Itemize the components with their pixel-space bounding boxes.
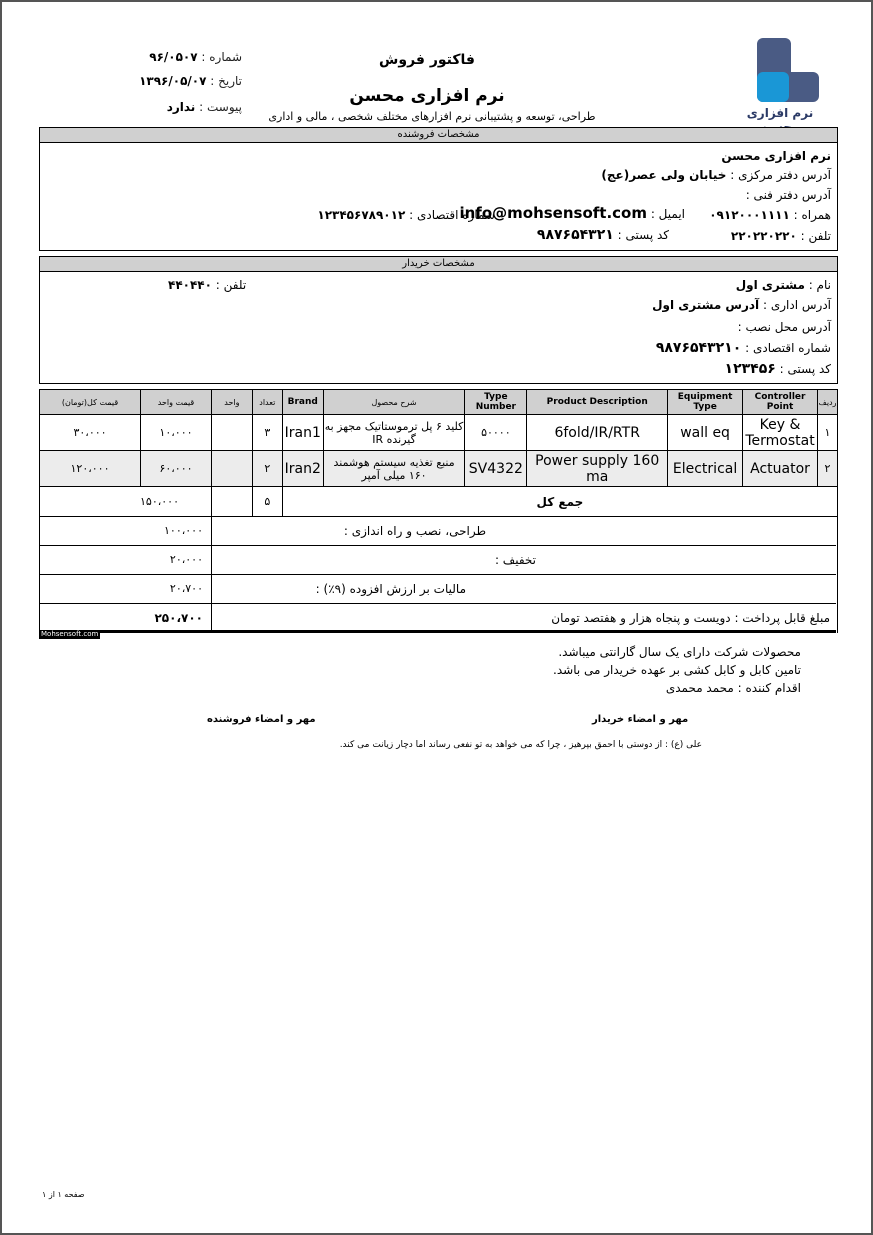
buyer-econ-label: شماره اقتصادی : <box>745 341 831 355</box>
table-row: ۱ Key & Termostat wall eq 6fold/IR/RTR ۵… <box>40 415 838 451</box>
buyer-install-address-label: آدرس محل نصب : <box>738 320 831 334</box>
grand-total-label: جمع کل <box>282 487 837 517</box>
cell-unit-price: ۱۰،۰۰۰ <box>141 415 212 451</box>
buyer-econ-number: شماره اقتصادی : ۹۸۷۶۵۴۳۲۱۰ <box>656 340 831 356</box>
seller-email-label: ایمیل : <box>651 207 685 221</box>
summary-amount: ۲۰،۰۰۰ <box>40 546 212 574</box>
company-tagline: طراحی، توسعه و پشتیبانی نرم افزارهای مخت… <box>232 110 632 123</box>
cell-brand: Iran2 <box>282 451 323 487</box>
cell-type-number: SV4322 <box>465 451 527 487</box>
cell-unit <box>211 451 252 487</box>
buyer-phone: تلفن : ۴۴۰۴۴۰ <box>168 278 246 292</box>
col-header-fa-description: شرح محصول <box>323 390 465 415</box>
cell-controller-point: Actuator <box>743 451 818 487</box>
seller-tech-address: آدرس دفتر فنی : <box>746 188 831 202</box>
seller-phone-value: ۲۲۰۲۲۰۲۲۰ <box>731 229 797 243</box>
summary-amount: ۲۰،۷۰۰ <box>40 575 212 603</box>
attachment-value: ندارد <box>167 100 196 114</box>
cell-row-number: ۲ <box>818 451 838 487</box>
seller-name: نرم افزاری محسن <box>721 149 831 163</box>
buyer-phone-label: تلفن : <box>216 278 246 292</box>
grand-total-unit <box>211 487 252 517</box>
col-header-row-number: ردیف <box>818 390 838 415</box>
attachment-label: پیوست : <box>199 100 242 114</box>
buyer-postal-label: کد پستی : <box>780 362 831 376</box>
invoice-number-label: شماره : <box>201 50 242 64</box>
buyer-name: نام : مشتری اول <box>736 278 831 292</box>
invoice-summary: ۱۰۰،۰۰۰ طراحی، نصب و راه اندازی : ۲۰،۰۰۰… <box>39 517 838 633</box>
seller-mobile-label: همراه : <box>794 208 831 222</box>
cell-product-description: Power supply 160 ma <box>527 451 668 487</box>
company-logo: نرم افزاری محسن <box>735 38 825 124</box>
cell-brand: Iran1 <box>282 415 323 451</box>
summary-amount: ۱۰۰،۰۰۰ <box>40 517 212 545</box>
col-header-controller-point: Controller Point <box>743 390 818 415</box>
buyer-office-address: آدرس اداری : آدرس مشتری اول <box>652 298 831 312</box>
seller-mobile: همراه : ۰۹۱۲۰۰۰۱۱۱۱ <box>709 208 831 222</box>
summary-label: تخفیف : <box>212 546 836 574</box>
buyer-name-label: نام : <box>809 278 831 292</box>
logo-shape-blue <box>757 72 789 102</box>
invoice-number: شماره : ۹۶/۰۵۰۷ <box>102 50 242 64</box>
seller-econ-label: شماره اقتصادی : <box>409 208 495 222</box>
summary-row-vat: ۲۰،۷۰۰ مالیات بر ارزش افزوده (۹٪) : <box>40 575 836 604</box>
invoice-date-value: ۱۳۹۶/۰۵/۰۷ <box>139 74 206 88</box>
watermark: Mohsensoft.com <box>39 630 100 639</box>
cell-controller-point: Key & Termostat <box>743 415 818 451</box>
cell-fa-description: منبع تغذیه سیستم هوشمند ۱۶۰ میلی آمپر <box>323 451 465 487</box>
buyer-postal: کد پستی : ۱۲۳۴۵۶ <box>725 361 831 377</box>
buyer-name-value: مشتری اول <box>736 278 805 292</box>
summary-payable-amount: ۲۵۰،۷۰۰ <box>40 604 212 632</box>
summary-label: مالیات بر ارزش افزوده (۹٪) : <box>212 575 836 603</box>
seller-econ-value: ۱۲۳۴۵۶۷۸۹۰۱۲ <box>317 208 405 222</box>
buyer-office-address-value: آدرس مشتری اول <box>652 298 759 312</box>
seller-hq-address-value: خیابان ولی عصر(عج) <box>601 168 726 182</box>
buyer-office-address-label: آدرس اداری : <box>763 298 831 312</box>
items-table: ردیف Controller Point Equipment Type Pro… <box>39 389 838 517</box>
cell-unit-price: ۶۰،۰۰۰ <box>141 451 212 487</box>
seller-phone: تلفن : ۲۲۰۲۲۰۲۲۰ <box>731 229 831 243</box>
page-number: صفحه ۱ از ۱ <box>42 1190 85 1199</box>
cell-product-description: 6fold/IR/RTR <box>527 415 668 451</box>
cell-equipment-type: wall eq <box>668 415 743 451</box>
seller-section-header: مشخصات فروشنده <box>39 127 838 143</box>
invoice-date-label: تاریخ : <box>210 74 242 88</box>
invoice-date: تاریخ : ۱۳۹۶/۰۵/۰۷ <box>102 74 242 88</box>
cell-qty: ۳ <box>252 415 282 451</box>
buyer-signature-label: مهر و امضاء خریدار <box>592 714 688 725</box>
note-handled-by: اقدام کننده : محمد محمدی <box>201 679 801 697</box>
note-cabling: تامین کابل و کابل کشی بر عهده خریدار می … <box>201 661 801 679</box>
summary-payable-label: مبلغ قابل پرداخت : دویست و پنجاه هزار و … <box>212 604 836 632</box>
buyer-phone-value: ۴۴۰۴۴۰ <box>168 278 212 292</box>
summary-row-installation: ۱۰۰،۰۰۰ طراحی، نصب و راه اندازی : <box>40 517 836 546</box>
cell-row-number: ۱ <box>818 415 838 451</box>
cell-equipment-type: Electrical <box>668 451 743 487</box>
seller-tech-address-label: آدرس دفتر فنی : <box>746 188 831 202</box>
grand-total-qty: ۵ <box>252 487 282 517</box>
seller-hq-address-label: آدرس دفتر مرکزی : <box>730 168 831 182</box>
grand-total-row: جمع کل ۵ ۱۵۰،۰۰۰ <box>40 487 838 517</box>
seller-section: نرم افزاری محسن آدرس دفتر مرکزی : خیابان… <box>39 143 838 251</box>
buyer-section: نام : مشتری اول تلفن : ۴۴۰۴۴۰ آدرس اداری… <box>39 272 838 384</box>
cell-total-price: ۳۰،۰۰۰ <box>40 415 141 451</box>
col-header-product-description: Product Description <box>527 390 668 415</box>
cell-type-number: ۵۰۰۰۰ <box>465 415 527 451</box>
col-header-qty: تعداد <box>252 390 282 415</box>
seller-hq-address: آدرس دفتر مرکزی : خیابان ولی عصر(عج) <box>601 168 831 182</box>
document-title: فاکتور فروش <box>302 52 552 68</box>
buyer-econ-value: ۹۸۷۶۵۴۳۲۱۰ <box>656 340 741 356</box>
seller-mobile-value: ۰۹۱۲۰۰۰۱۱۱۱ <box>709 208 790 222</box>
company-title: نرم افزاری محسن <box>302 86 552 106</box>
col-header-total-price: قیمت کل(تومان) <box>40 390 141 415</box>
summary-row-discount: ۲۰،۰۰۰ تخفیف : <box>40 546 836 575</box>
seller-signature-label: مهر و امضاء فروشنده <box>207 714 316 725</box>
col-header-unit: واحد <box>211 390 252 415</box>
col-header-type-number: Type Number <box>465 390 527 415</box>
note-warranty: محصولات شرکت دارای یک سال گارانتی میباشد… <box>201 643 801 661</box>
buyer-install-address: آدرس محل نصب : <box>738 320 831 334</box>
cell-qty: ۲ <box>252 451 282 487</box>
quote-text: علی (ع) : از دوستی با احمق بپرهیز ، چرا … <box>262 740 702 750</box>
seller-phone-label: تلفن : <box>801 229 831 243</box>
seller-postal: کد پستی : ۹۸۷۶۵۴۳۲۱ <box>537 227 669 243</box>
col-header-equipment-type: Equipment Type <box>668 390 743 415</box>
cell-fa-description: کلید ۶ پل ترموستاتیک مجهز به گیرنده IR <box>323 415 465 451</box>
buyer-section-header: مشخصات خریدار <box>39 256 838 272</box>
invoice-attachment: پیوست : ندارد <box>102 100 242 114</box>
items-header-row: ردیف Controller Point Equipment Type Pro… <box>40 390 838 415</box>
grand-total-amount: ۱۵۰،۰۰۰ <box>40 487 212 517</box>
col-header-brand: Brand <box>282 390 323 415</box>
summary-row-payable: ۲۵۰،۷۰۰ مبلغ قابل پرداخت : دویست و پنجاه… <box>40 604 836 633</box>
summary-label: طراحی، نصب و راه اندازی : <box>212 517 836 545</box>
invoice-page: نرم افزاری محسن فاکتور فروش نرم افزاری م… <box>0 0 873 1235</box>
cell-unit <box>211 415 252 451</box>
buyer-postal-value: ۱۲۳۴۵۶ <box>725 361 776 377</box>
seller-postal-label: کد پستی : <box>618 228 669 242</box>
seller-postal-value: ۹۸۷۶۵۴۳۲۱ <box>537 227 614 243</box>
table-row: ۲ Actuator Electrical Power supply 160 m… <box>40 451 838 487</box>
invoice-notes: محصولات شرکت دارای یک سال گارانتی میباشد… <box>201 643 801 697</box>
invoice-number-value: ۹۶/۰۵۰۷ <box>149 50 197 64</box>
seller-econ-number: شماره اقتصادی : ۱۲۳۴۵۶۷۸۹۰۱۲ <box>317 208 495 222</box>
col-header-unit-price: قیمت واحد <box>141 390 212 415</box>
cell-total-price: ۱۲۰،۰۰۰ <box>40 451 141 487</box>
